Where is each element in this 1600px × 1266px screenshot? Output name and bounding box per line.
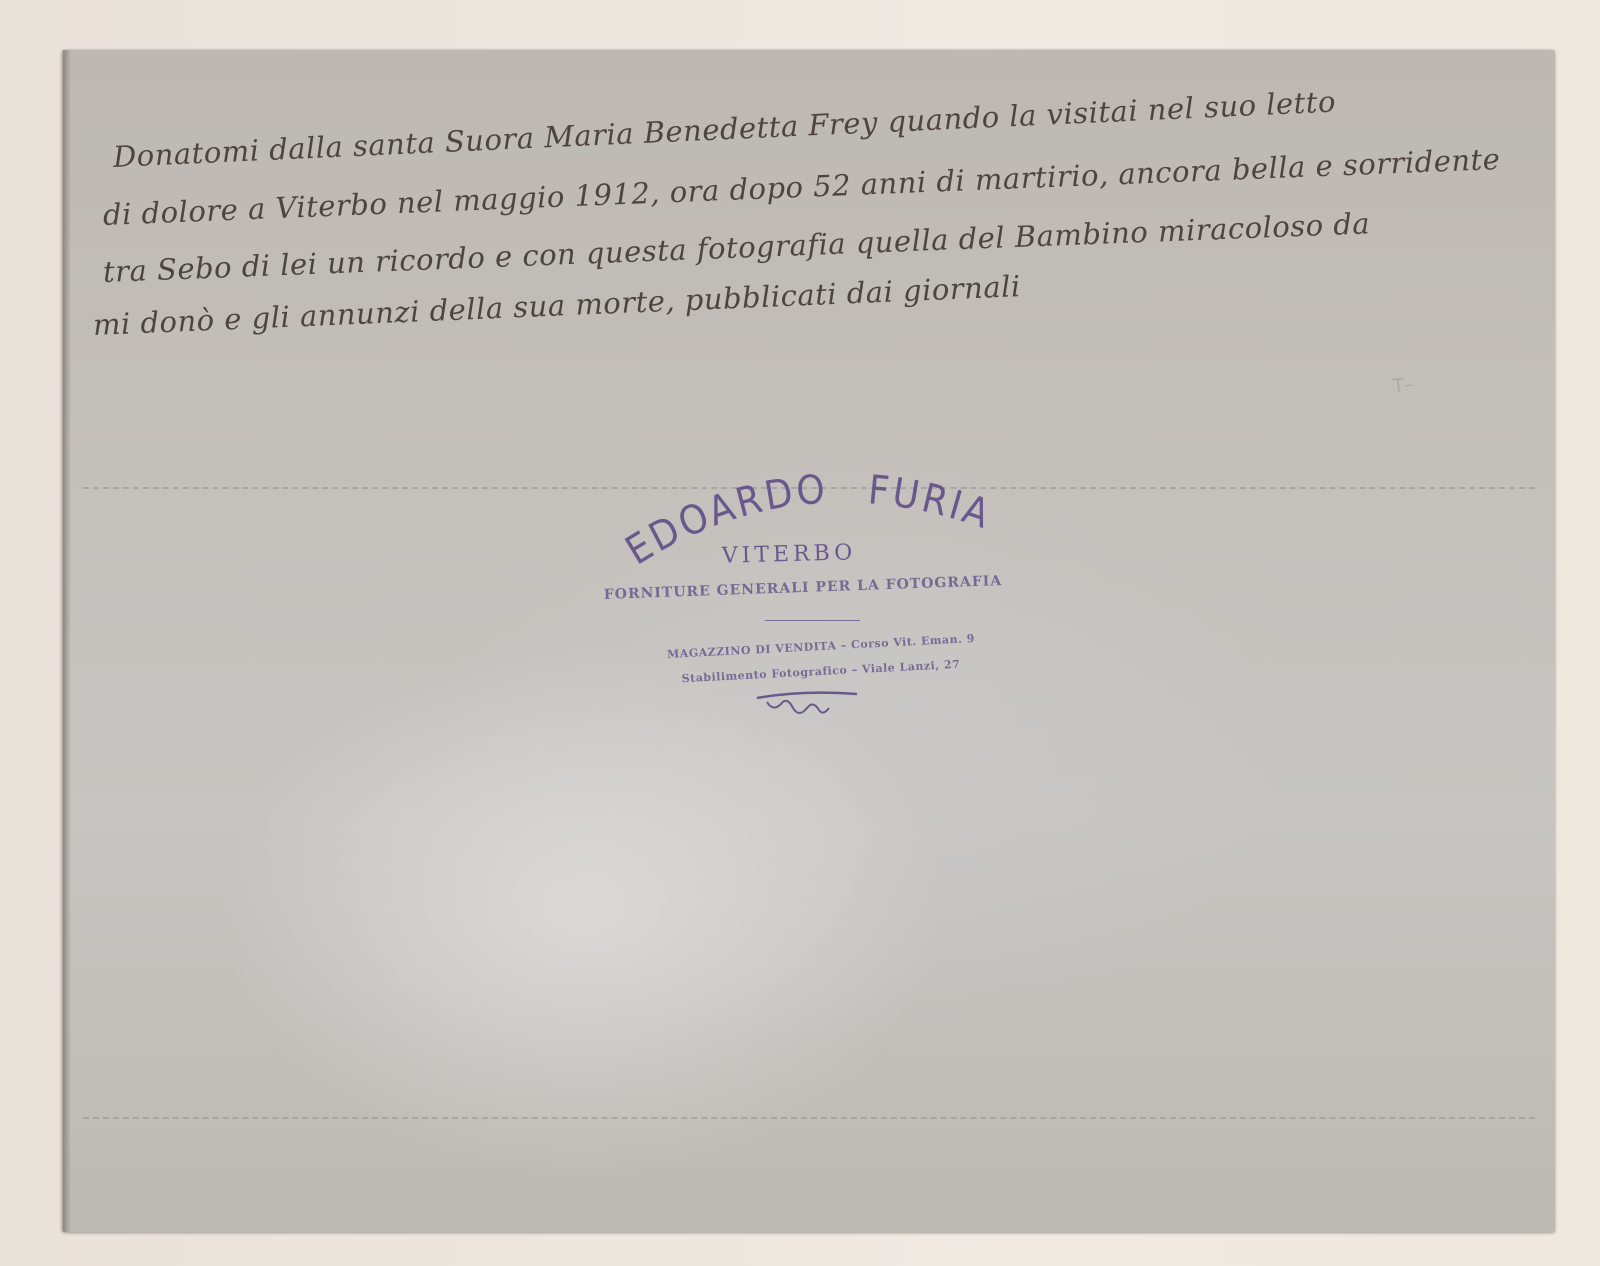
photographer-stamp: EDOARDO FURIA VITERBO FORNITURE GENERALI… xyxy=(583,480,1023,740)
stamp-subtitle: FORNITURE GENERALI PER LA FOTOGRAFIA xyxy=(583,572,1023,603)
stamp-last-name: FURIA xyxy=(866,467,997,538)
dashed-guide-line-lower xyxy=(83,1117,1535,1119)
pencil-mark: T– xyxy=(1392,374,1414,397)
stamp-flourish-ornament xyxy=(753,688,863,718)
stamp-divider xyxy=(765,620,860,621)
photo-card-back: Donatomi dalla santa Suora Maria Benedet… xyxy=(63,50,1555,1232)
